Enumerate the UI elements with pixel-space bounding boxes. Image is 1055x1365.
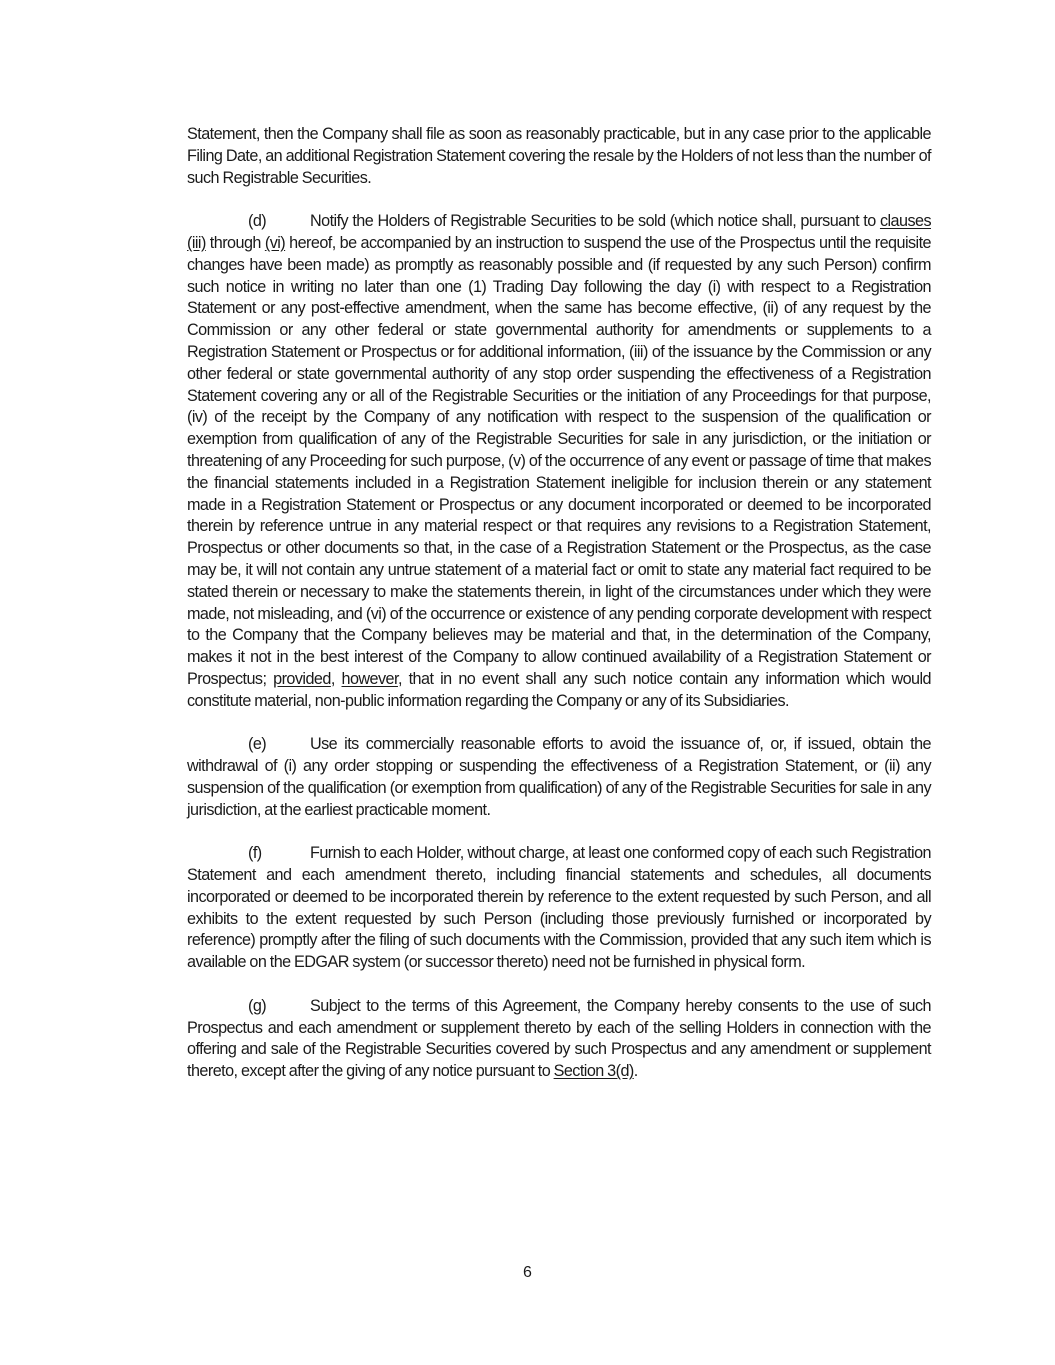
paragraph-e: (e)Use its commercially reasonable effor… bbox=[187, 734, 931, 821]
paragraph-continuation: Statement, then the Company shall file a… bbox=[187, 124, 931, 189]
clause-label-d: (d) bbox=[248, 211, 310, 233]
paragraph-text: , bbox=[331, 670, 342, 688]
paragraph-g: (g)Subject to the terms of this Agreemen… bbox=[187, 996, 931, 1083]
cross-reference-section-3d: Section 3(d) bbox=[554, 1062, 634, 1080]
paragraph-text: through bbox=[206, 234, 265, 252]
paragraph-d: (d)Notify the Holders of Registrable Sec… bbox=[187, 211, 931, 712]
clause-label-e: (e) bbox=[248, 734, 310, 756]
paragraph-text: Statement, then the Company shall file a… bbox=[187, 125, 931, 187]
page-number: 6 bbox=[0, 1264, 1055, 1282]
clause-label-g: (g) bbox=[248, 996, 310, 1018]
emphasis-provided: provided bbox=[273, 670, 331, 688]
emphasis-however: however bbox=[342, 670, 398, 688]
paragraph-text: Notify the Holders of Registrable Securi… bbox=[310, 212, 880, 230]
cross-reference-vi: (vi) bbox=[265, 234, 285, 252]
clause-label-f: (f) bbox=[248, 843, 310, 865]
document-body: Statement, then the Company shall file a… bbox=[187, 124, 931, 1105]
paragraph-f: (f)Furnish to each Holder, without charg… bbox=[187, 843, 931, 974]
document-page: Statement, then the Company shall file a… bbox=[0, 0, 1055, 1365]
paragraph-text: . bbox=[634, 1062, 638, 1080]
paragraph-text: hereof, be accompanied by an instruction… bbox=[187, 234, 931, 688]
